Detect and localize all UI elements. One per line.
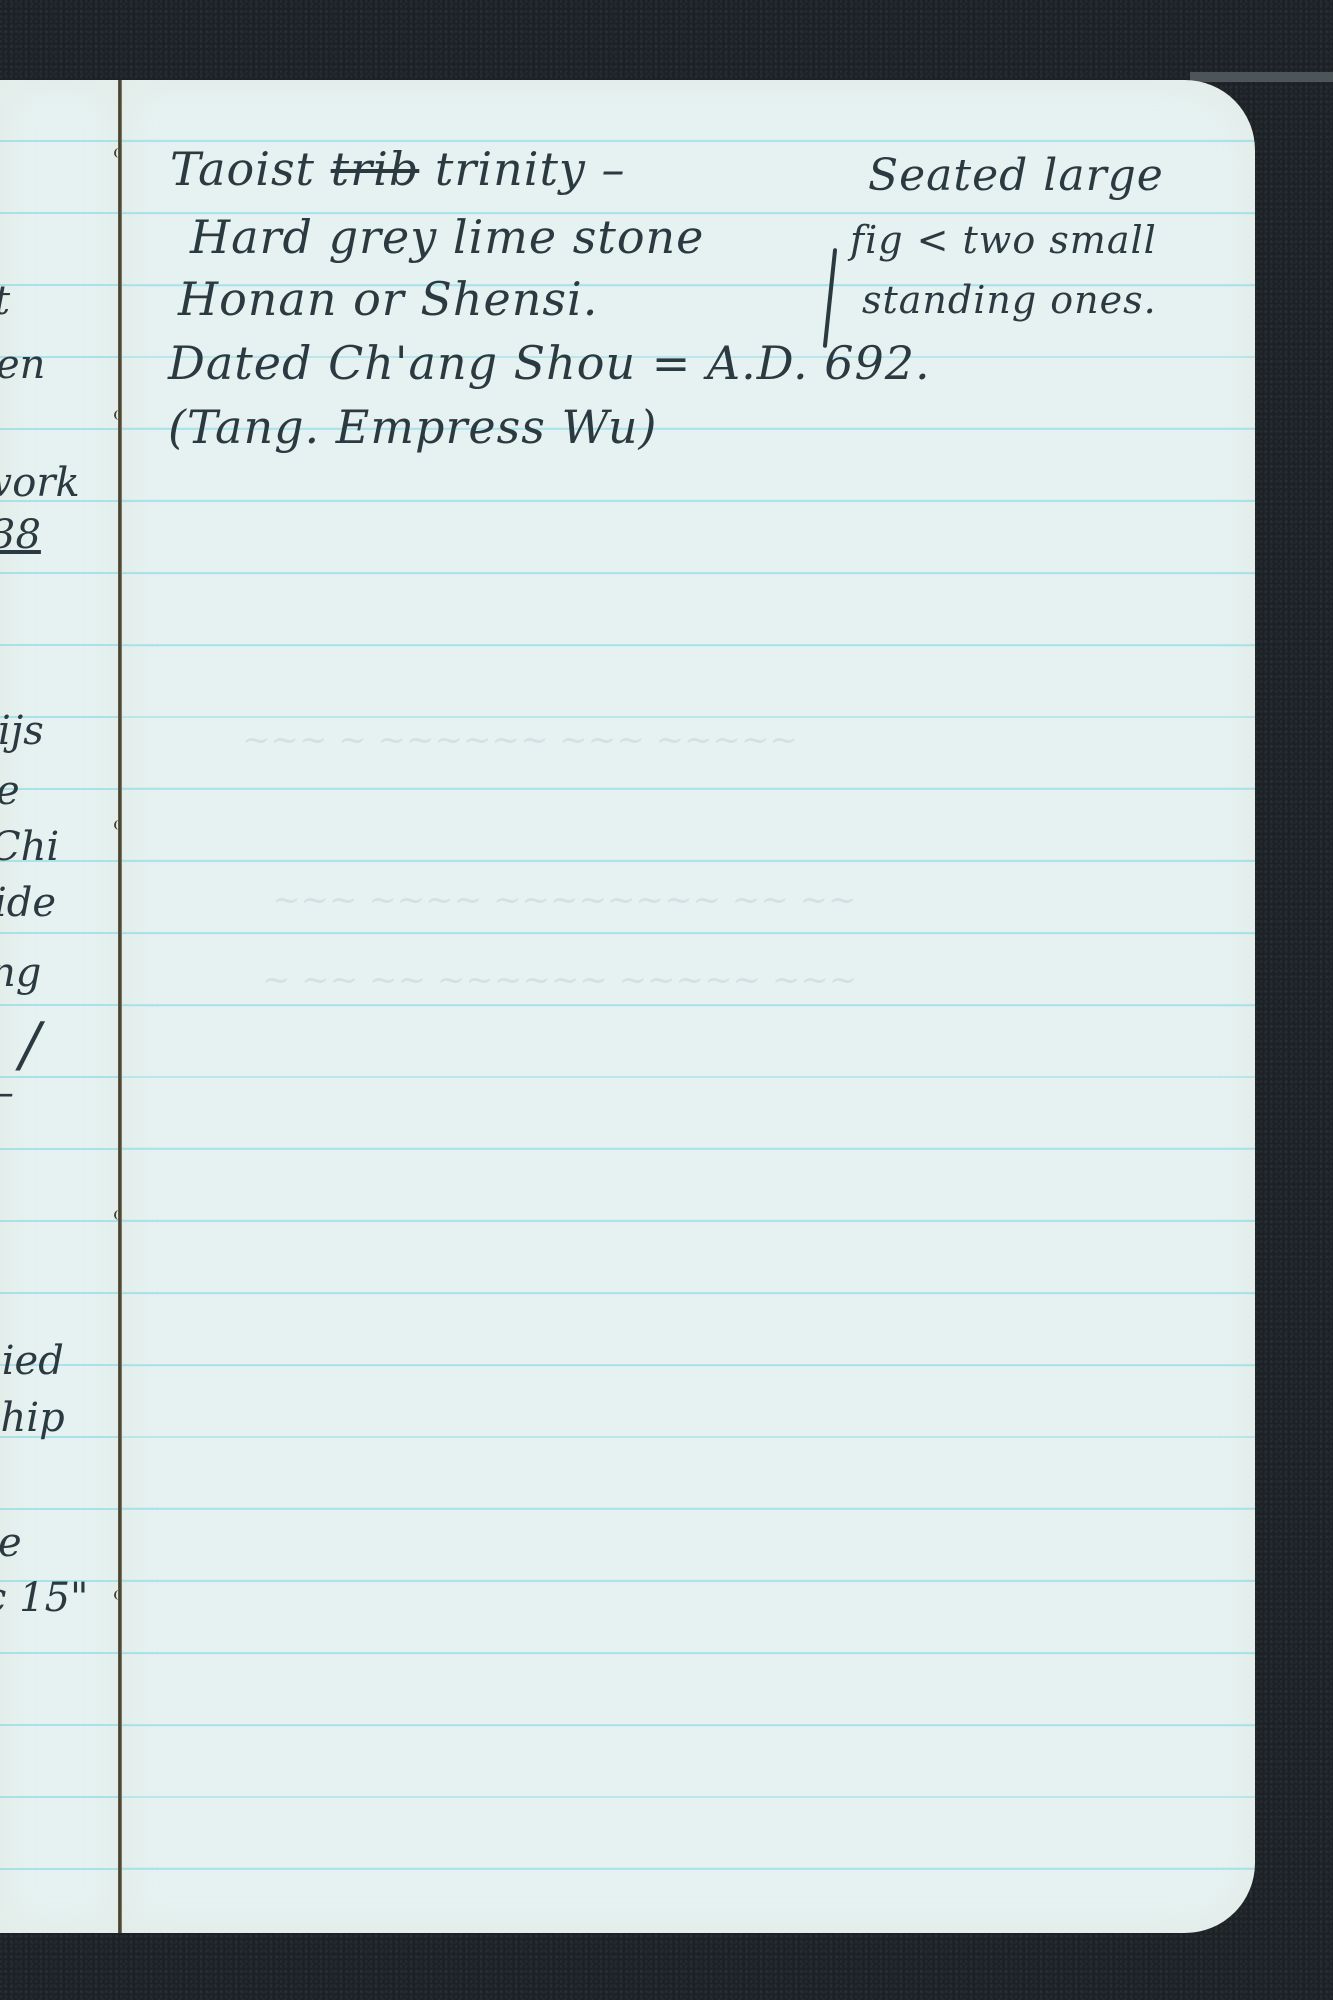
note-text: Honan or Shensi. [178, 272, 598, 326]
note-line-1: Taoist trib trinity – [170, 142, 626, 196]
left-fragment: uied [0, 1338, 64, 1384]
bleed-through-ghost: ~ ~~ ~~ ~~~~~~ ~~~~~ ~~~ [262, 960, 857, 1000]
note-text: Dated Ch'ang Shou = A.D. 692. [168, 336, 931, 390]
left-fragment: en [0, 342, 45, 388]
left-fragment: e [0, 1520, 22, 1566]
left-fragment: e [0, 768, 20, 814]
left-fragment: 38 [0, 512, 41, 558]
bleed-through-ghost: ~~~ ~ ~~~~~~ ~~~ ~~~~~ [242, 720, 798, 760]
left-fragment: Chi [0, 824, 59, 870]
note-line-3: Honan or Shensi. [178, 272, 598, 326]
note-text: (Tang. Empress Wu) [168, 400, 657, 454]
note-text: trinity – [419, 142, 625, 196]
note-line-5: (Tang. Empress Wu) [168, 400, 657, 454]
bleed-through-ghost: ~~~ ~~~~ ~~~~~~~~ ~~ ~~ [272, 880, 857, 920]
left-fragment: – [0, 1070, 14, 1116]
side-note-line-3: standing ones. [862, 278, 1157, 322]
left-fragment: c 15" [0, 1575, 88, 1621]
left-fragment: ide [0, 880, 56, 926]
left-fragment: / [20, 1010, 40, 1080]
side-note-line-1: Seated large [868, 150, 1164, 201]
left-fragment: ship [0, 1395, 65, 1441]
left-page-text-fragments: t en work 38 ijs e Chi ide ng / – uied s… [0, 80, 118, 1933]
left-fragment: ijs [0, 708, 44, 754]
left-fragment: t [0, 278, 10, 324]
side-note-line-2: fig < two small [850, 218, 1157, 262]
note-line-4: Dated Ch'ang Shou = A.D. 692. [168, 336, 931, 390]
note-line-2: Hard grey lime stone [190, 210, 704, 264]
note-text: Hard grey lime stone [190, 210, 704, 264]
note-text: Taoist [170, 142, 331, 196]
left-fragment: ng [0, 950, 41, 996]
struck-out-word: trib [331, 142, 420, 196]
left-fragment: work [0, 460, 80, 506]
scanner-edge-strip [1190, 72, 1333, 82]
